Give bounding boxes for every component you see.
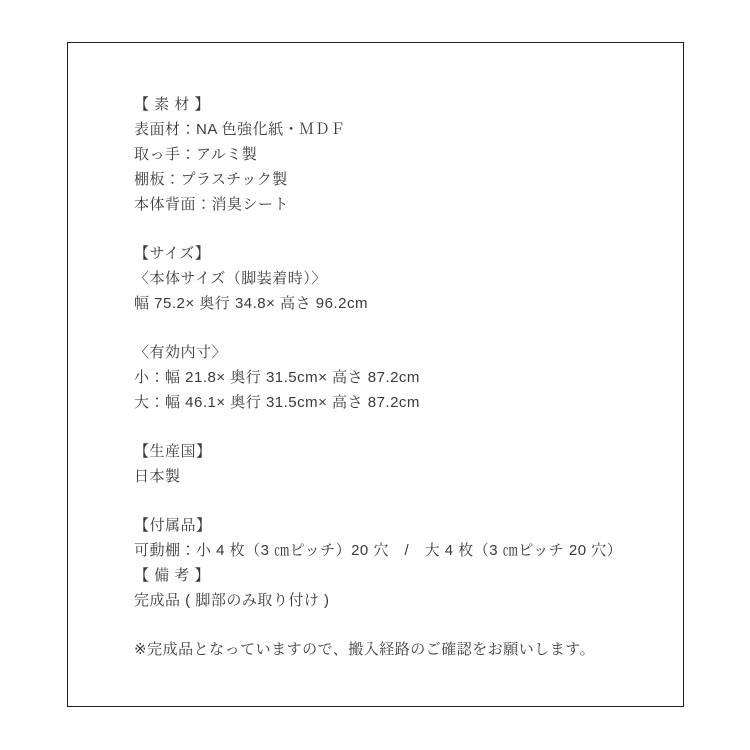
spec-section-caution-note: ※完成品となっていますので、搬入経路のご確認をお願いします。 [134,637,663,662]
spec-section-material: 【 素 材 】表面材：NA 色強化紙・ＭＤＦ取っ手：アルミ製棚板：プラスチック製… [134,92,663,217]
spec-line: ※完成品となっていますので、搬入経路のご確認をお願いします。 [134,637,663,662]
section-heading: 【生産国】 [134,439,663,464]
spec-line: 小：幅 21.8× 奥行 31.5cm× 高さ 87.2cm [134,365,663,390]
section-heading: 【 備 考 】 [134,563,663,588]
spec-line: 本体背面：消臭シート [134,192,663,217]
spec-line: 〈有効内寸〉 [134,340,663,365]
spec-section-size-inner: 〈有効内寸〉小：幅 21.8× 奥行 31.5cm× 高さ 87.2cm大：幅 … [134,340,663,415]
spec-line: 棚板：プラスチック製 [134,167,663,192]
spec-line: 表面材：NA 色強化紙・ＭＤＦ [134,117,663,142]
section-heading: 【サイズ】 [134,241,663,266]
spec-line: 〈本体サイズ（脚装着時）〉 [134,266,663,291]
spec-section-country-of-origin: 【生産国】日本製 [134,439,663,489]
spec-line: 大：幅 46.1× 奥行 31.5cm× 高さ 87.2cm [134,390,663,415]
spec-line: 完成品 ( 脚部のみ取り付け ) [134,588,663,613]
spec-line: 幅 75.2× 奥行 34.8× 高さ 96.2cm [134,291,663,316]
spec-section-size-body: 【サイズ】〈本体サイズ（脚装着時）〉幅 75.2× 奥行 34.8× 高さ 96… [134,241,663,316]
spec-line: 日本製 [134,464,663,489]
spec-section-accessories-and-notes: 【付属品】可動棚：小 4 枚（3 ㎝ピッチ）20 穴 / 大 4 枚（3 ㎝ピッ… [134,513,663,613]
section-heading: 【 素 材 】 [134,92,663,117]
spec-line: 可動棚：小 4 枚（3 ㎝ピッチ）20 穴 / 大 4 枚（3 ㎝ピッチ 20 … [134,538,663,563]
spec-line: 取っ手：アルミ製 [134,142,663,167]
spec-sheet-content: 【 素 材 】表面材：NA 色強化紙・ＭＤＦ取っ手：アルミ製棚板：プラスチック製… [134,92,663,662]
section-heading: 【付属品】 [134,513,663,538]
spec-sheet-frame: 【 素 材 】表面材：NA 色強化紙・ＭＤＦ取っ手：アルミ製棚板：プラスチック製… [67,42,684,707]
